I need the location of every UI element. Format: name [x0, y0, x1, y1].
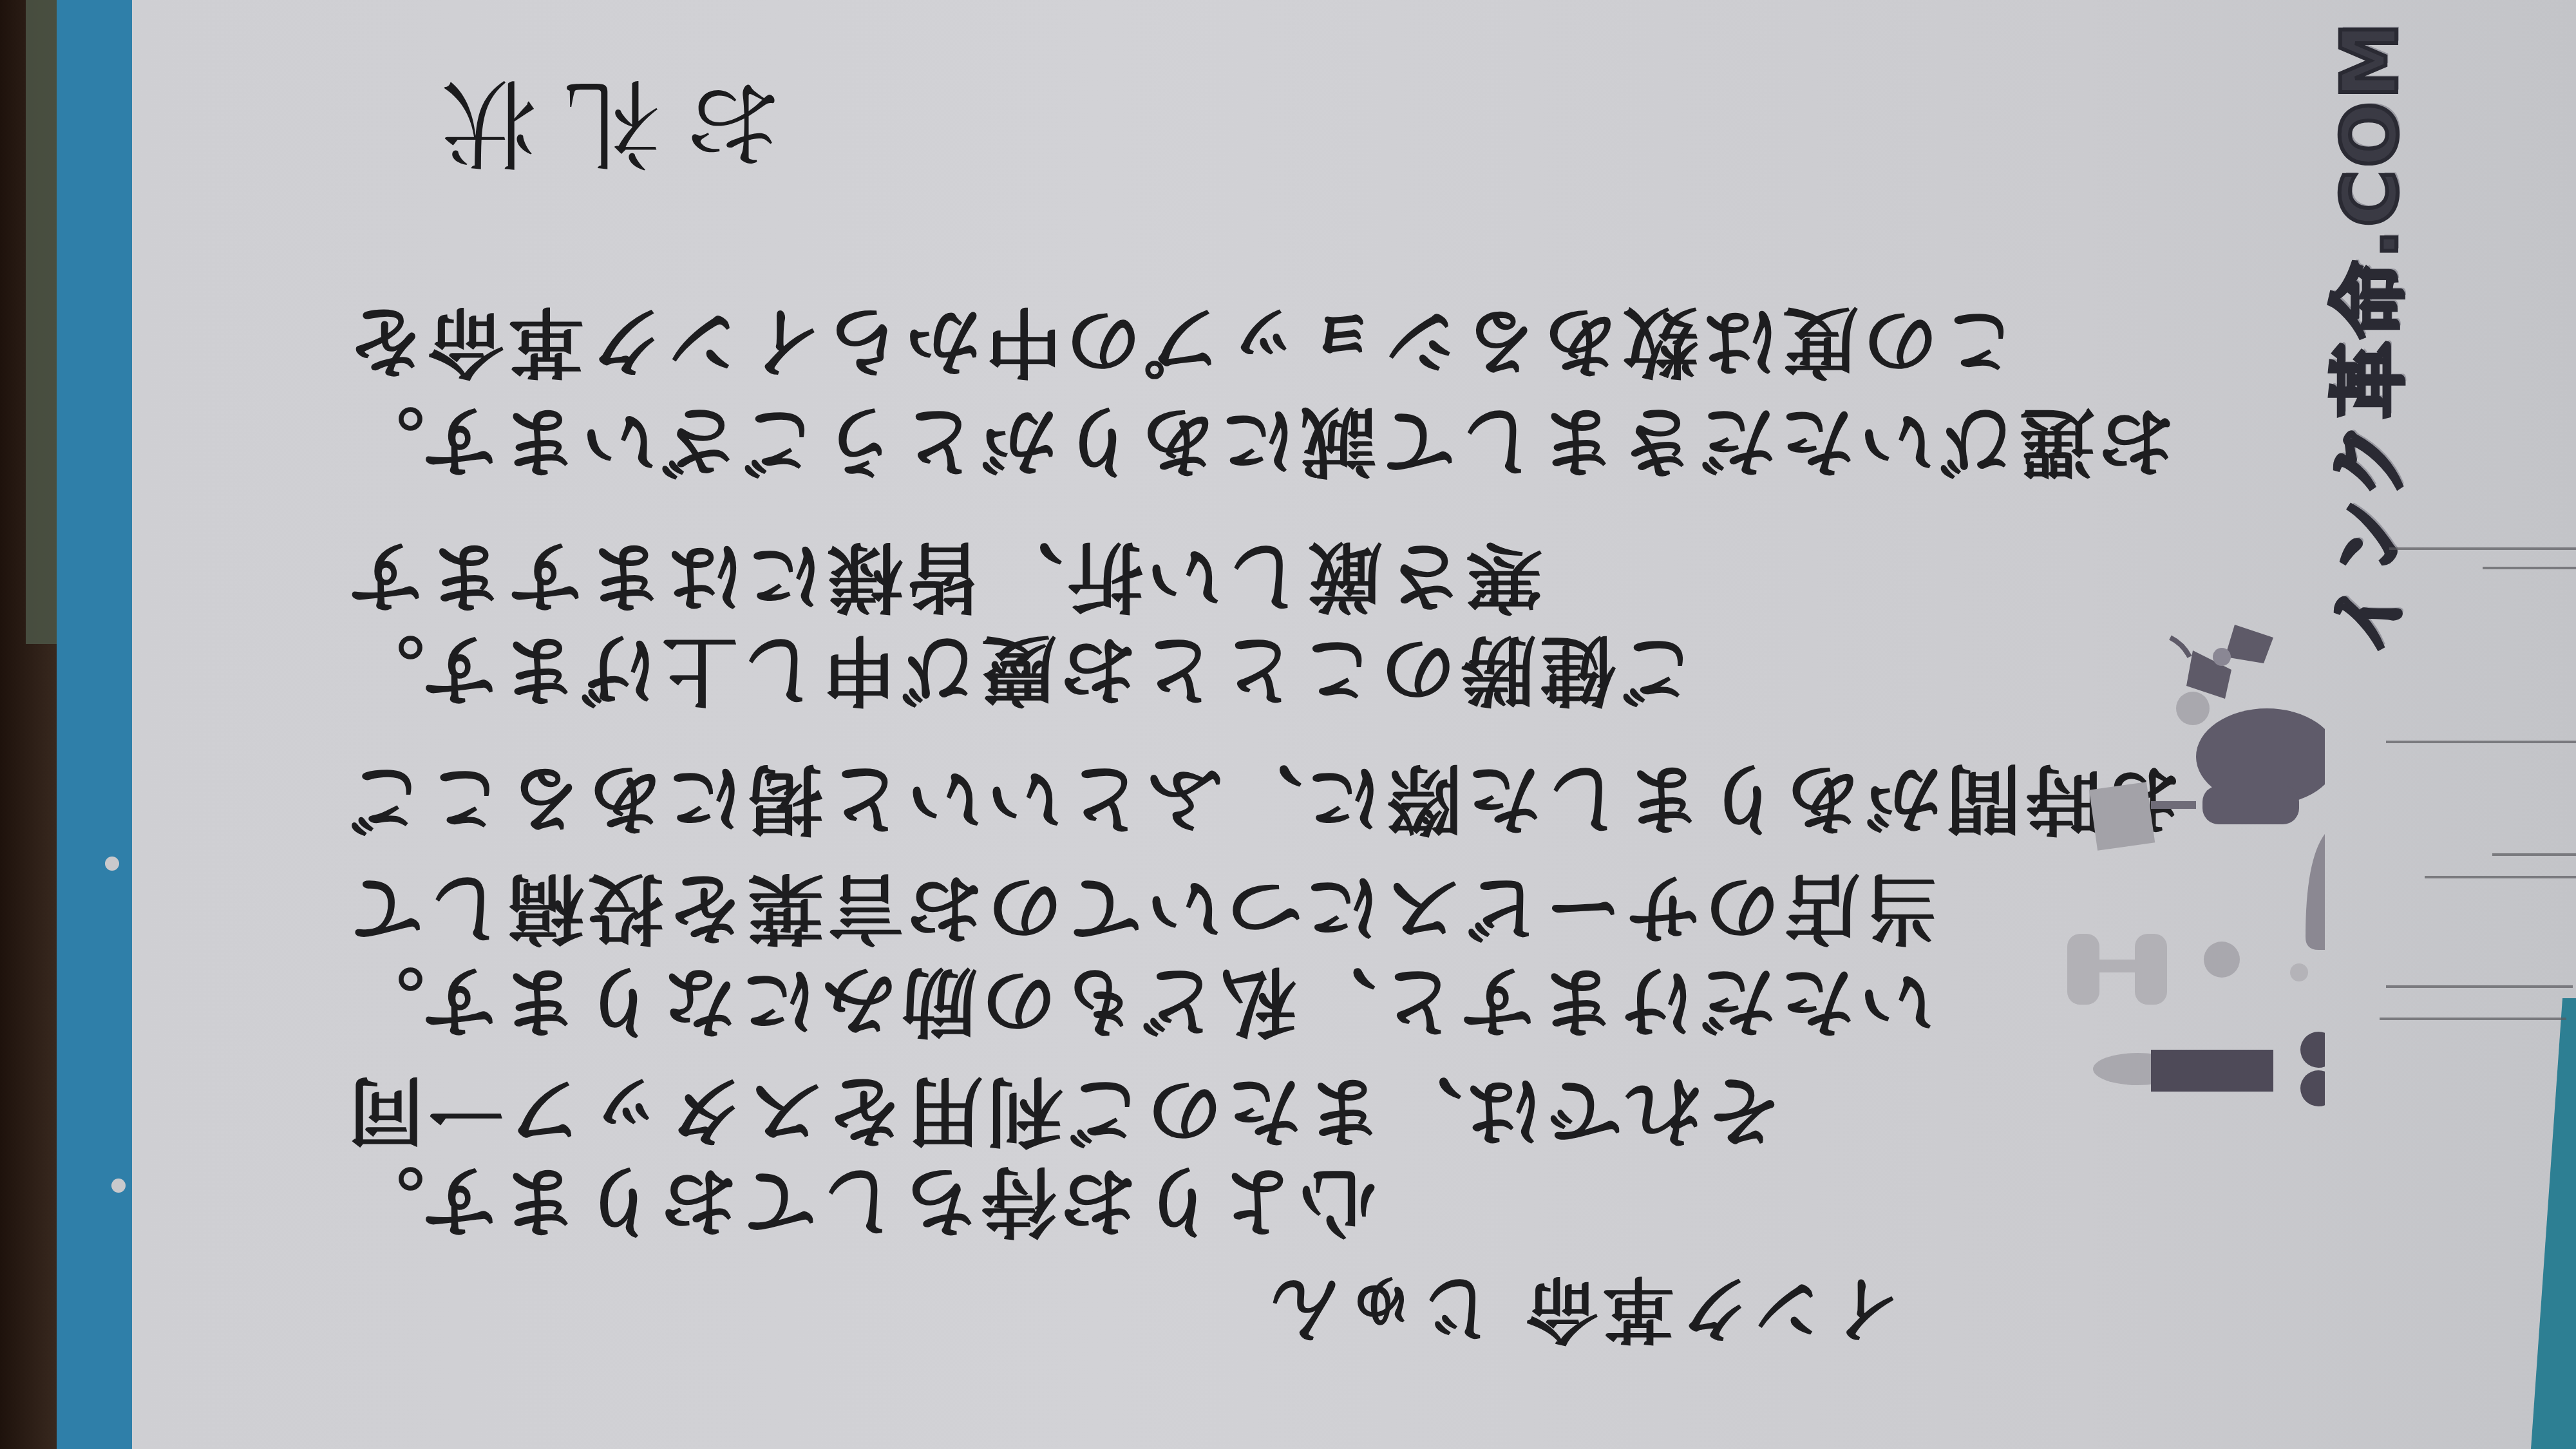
background-strip: [26, 0, 58, 644]
letter-line: この度は数あるショップの中からインク革命を: [345, 293, 2018, 402]
shop-logo-text: インク革命.COM: [2308, 20, 2419, 657]
ruled-line: [2380, 1018, 2566, 1020]
punch-hole: [105, 857, 119, 871]
ruled-line: [2492, 853, 2576, 856]
blue-corner: [2531, 998, 2576, 1449]
letter-paper: お礼状 この度は数あるショップの中からインク革命を お選びいただきまして誠にあり…: [132, 0, 2576, 1449]
letter-signature: インク革命 じゅん: [1265, 1262, 1901, 1366]
bucket-icon: [2089, 782, 2196, 851]
bird-icon: [2170, 625, 2273, 699]
ruled-line: [2483, 567, 2576, 569]
ruled-line: [2425, 876, 2576, 878]
letter-line: お時間がありました際に、ふといいと掲にあるこご: [345, 750, 2181, 860]
kadomatsu-icon: [2306, 834, 2325, 950]
letter-line: ご健勝のこととお慶び申し上げます。: [345, 621, 1696, 731]
ruled-line: [2386, 985, 2573, 988]
letter-line: いただけますと、私どもの励みになります。: [345, 953, 1936, 1063]
letter-line: お選びいただきまして誠にありがとうございます。: [345, 393, 2175, 502]
flower-icon: [2176, 692, 2210, 725]
letter-line: 心よりお待ちしております。: [345, 1153, 1377, 1262]
letter-title: お礼状: [415, 61, 782, 200]
snowman-icon: [2196, 708, 2325, 824]
ruled-line: [2389, 547, 2576, 550]
punch-hole: [111, 1179, 126, 1193]
ruled-line: [2386, 741, 2576, 743]
shop-logo: インク革命.COM: [2296, 64, 2431, 612]
cat-icon: [2093, 1032, 2325, 1106]
winter-illustrations: [2054, 612, 2325, 1417]
